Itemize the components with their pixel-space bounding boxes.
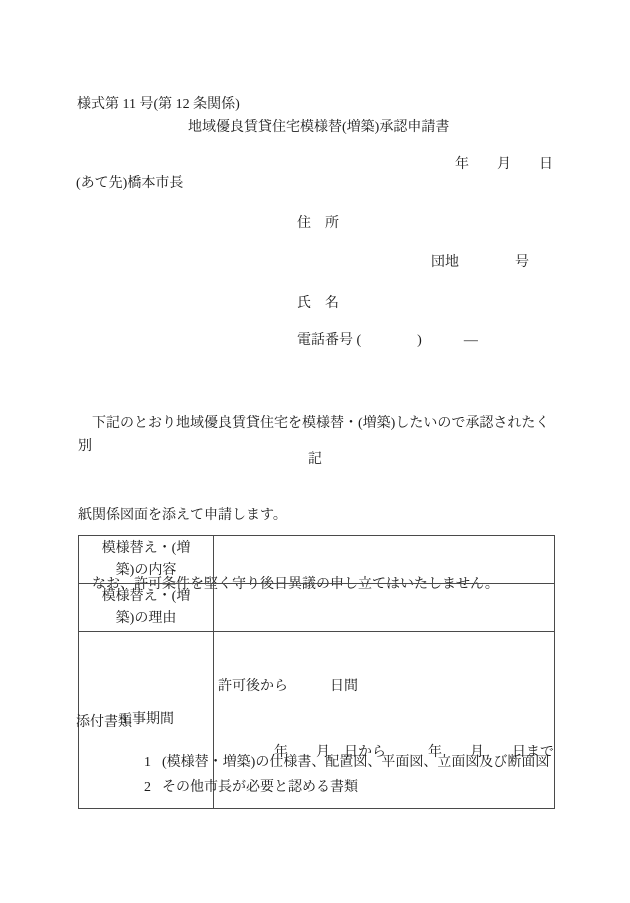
construction-period-line1: 許可後から 日間 [218,676,554,698]
date-line: 年 月 日 [455,153,553,173]
document-title: 地域優良賃貸住宅模様替(増築)承認申請書 [188,116,449,136]
row-value-reason [214,584,555,632]
name-label: 氏 名 [297,292,339,312]
address-label: 住 所 [297,212,339,232]
attachment-item-2-text: その他市長が必要と認める書類 [162,780,358,795]
attachment-item-2-number: 2 [144,780,162,796]
phone-number-line: 電話番号 ( ) ― [297,329,478,349]
form-document-page: 様式第 11 号(第 12 条関係) 地域優良賃貸住宅模様替(増築)承認申請書 … [0,0,630,903]
row-label-contents-line1: 模様替え・(増 [79,538,213,560]
form-number: 様式第 11 号(第 12 条関係) [77,93,240,113]
ki-section-heading: 記 [0,448,630,468]
row-label-contents: 模様替え・(増 築)の内容 [79,536,214,584]
row-label-contents-line2: 築)の内容 [79,560,213,582]
row-label-reason: 模様替え・(増 築)の理由 [79,584,214,632]
table-row-reason: 模様替え・(増 築)の理由 [79,584,555,632]
estate-number-line: 団地 号 [431,251,529,271]
attachment-item-2: 2その他市長が必要と認める書類 [130,760,358,812]
row-value-contents [214,536,555,584]
row-label-reason-line2: 築)の理由 [79,608,213,630]
addressee-line: (あて先)橋本市長 [76,172,183,192]
attachments-heading: 添付書類 [76,711,132,731]
table-row-contents: 模様替え・(増 築)の内容 [79,536,555,584]
statement-line-2: 紙関係図面を添えて申請します。 [78,504,554,527]
row-label-reason-line1: 模様替え・(増 [79,586,213,608]
